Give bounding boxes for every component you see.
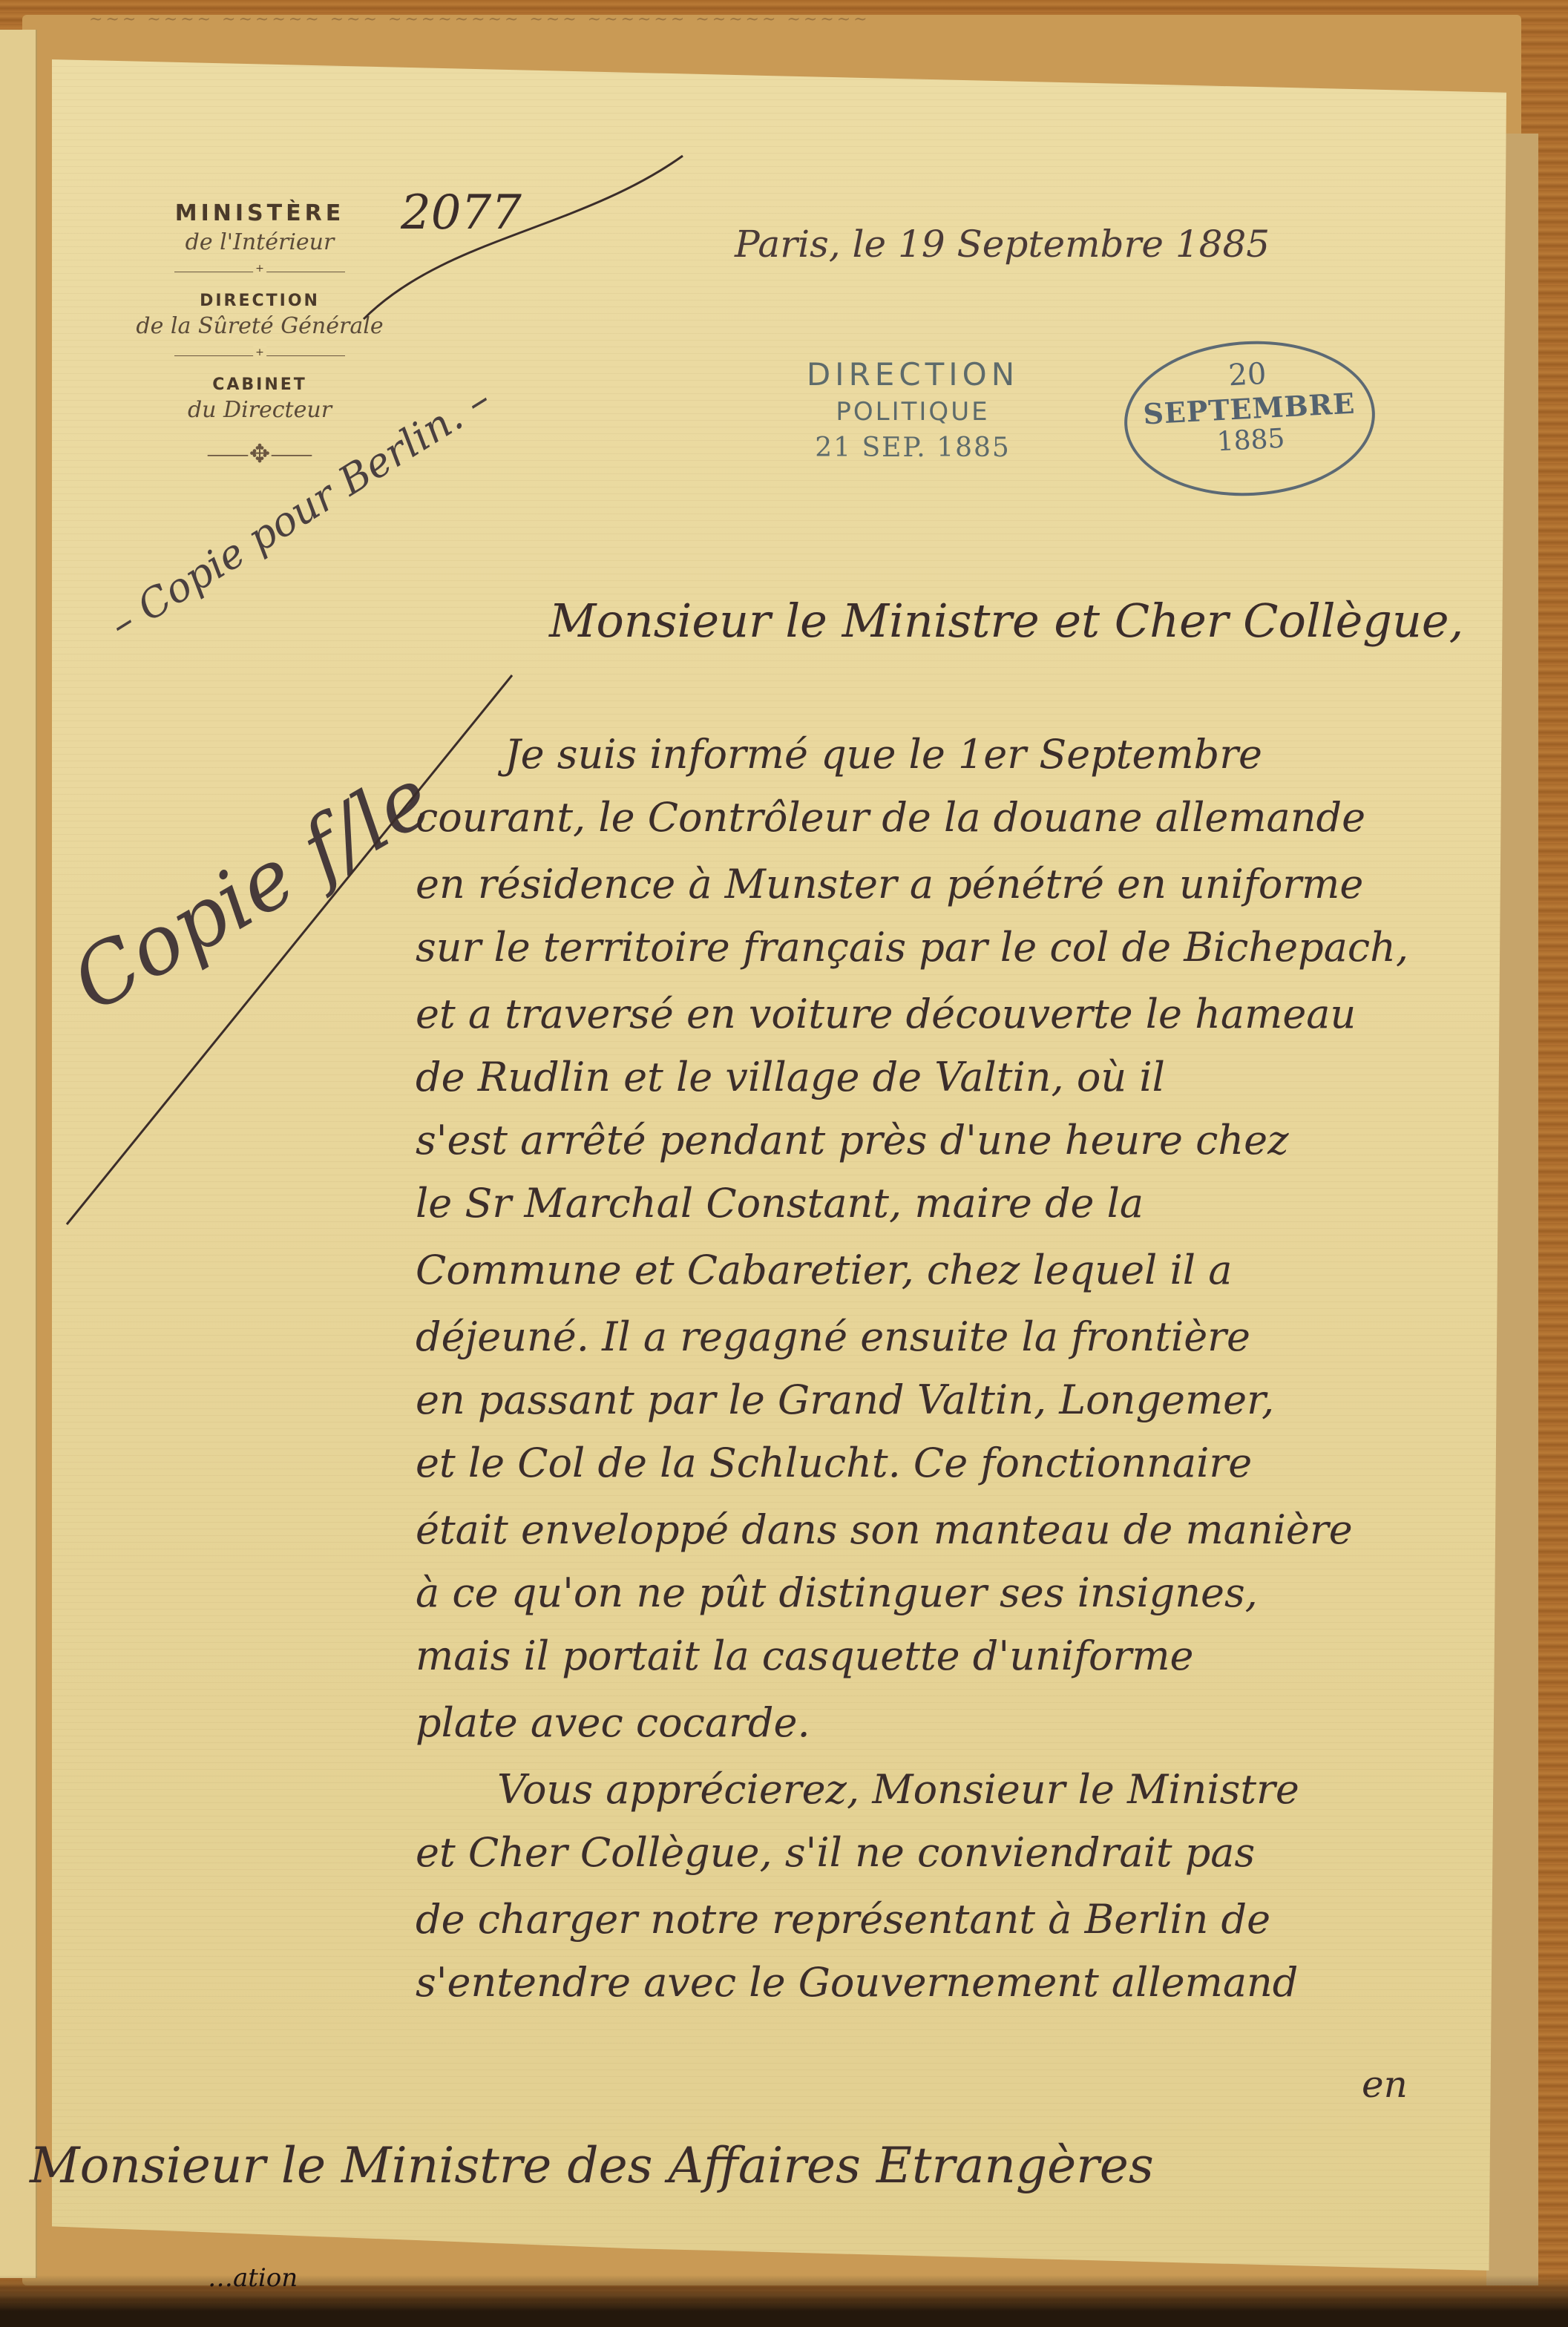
body-line: Vous apprécierez, Monsieur le Ministre: [497, 1766, 1299, 1813]
body-line: déjeuné. Il a regagné ensuite la frontiè…: [416, 1313, 1250, 1360]
body-line: en passant par le Grand Valtin, Longemer…: [416, 1376, 1274, 1423]
continuation-word: en: [1362, 2063, 1408, 2106]
body-line: et le Col de la Schlucht. Ce fonctionnai…: [416, 1440, 1252, 1486]
reference-number: 2077: [401, 186, 522, 240]
body-line: s'entendre avec le Gouvernement allemand: [416, 1959, 1298, 2006]
salutation: Monsieur le Ministre et Cher Collègue,: [549, 594, 1463, 648]
body-line: de charger notre représentant à Berlin d…: [416, 1896, 1270, 1943]
letterhead-cabinet: CABINET: [104, 375, 416, 394]
stamp-line-1: DIRECTION: [772, 356, 1054, 393]
body-line: Commune et Cabaretier, chez lequel il a: [416, 1247, 1232, 1293]
body-line: était enveloppé dans son manteau de mani…: [416, 1506, 1353, 1553]
body-line: Je suis informé que le 1er Septembre: [505, 731, 1262, 778]
letterhead-divider: [174, 355, 345, 356]
folder-faded-writing: ~~~ ~~~~ ~~~~~~ ~~~ ~~~~~~~~ ~~~ ~~~~~~ …: [89, 10, 1499, 29]
body-line: plate avec cocarde.: [416, 1699, 810, 1746]
stamp-date: 21 SEP. 1885: [772, 433, 1054, 463]
body-line: mais il portait la casquette d'uniforme: [416, 1632, 1194, 1679]
letterhead-cabinet-script: du Directeur: [104, 397, 416, 423]
stamp-line-2: POLITIQUE: [772, 397, 1054, 427]
underlying-sheet-fragment: …ation: [208, 2263, 298, 2293]
letterhead-divider: [174, 272, 345, 272]
body-line: en résidence à Munster a pénétré en unif…: [416, 861, 1363, 908]
body-line: sur le territoire français par le col de…: [416, 924, 1408, 971]
left-underlying-sheet: [0, 30, 37, 2278]
body-line: de Rudlin et le village de Valtin, où il: [416, 1054, 1165, 1100]
body-line: courant, le Contrôleur de la douane alle…: [416, 794, 1365, 841]
body-line: s'est arrêté pendant près d'une heure ch…: [416, 1117, 1289, 1163]
body-line: et a traversé en voiture découverte le h…: [416, 991, 1356, 1037]
body-line: le Sr Marchal Constant, maire de la: [416, 1180, 1144, 1227]
date-line: Paris, le 19 Septembre 1885: [735, 223, 1270, 266]
body-line: à ce qu'on ne pût distinguer ses insigne…: [416, 1569, 1258, 1616]
recipient-line: Monsieur le Ministre des Affaires Etrang…: [30, 2137, 1154, 2194]
body-line: et Cher Collègue, s'il ne conviendrait p…: [416, 1829, 1255, 1876]
direction-politique-stamp: DIRECTION POLITIQUE 21 SEP. 1885: [772, 356, 1054, 463]
